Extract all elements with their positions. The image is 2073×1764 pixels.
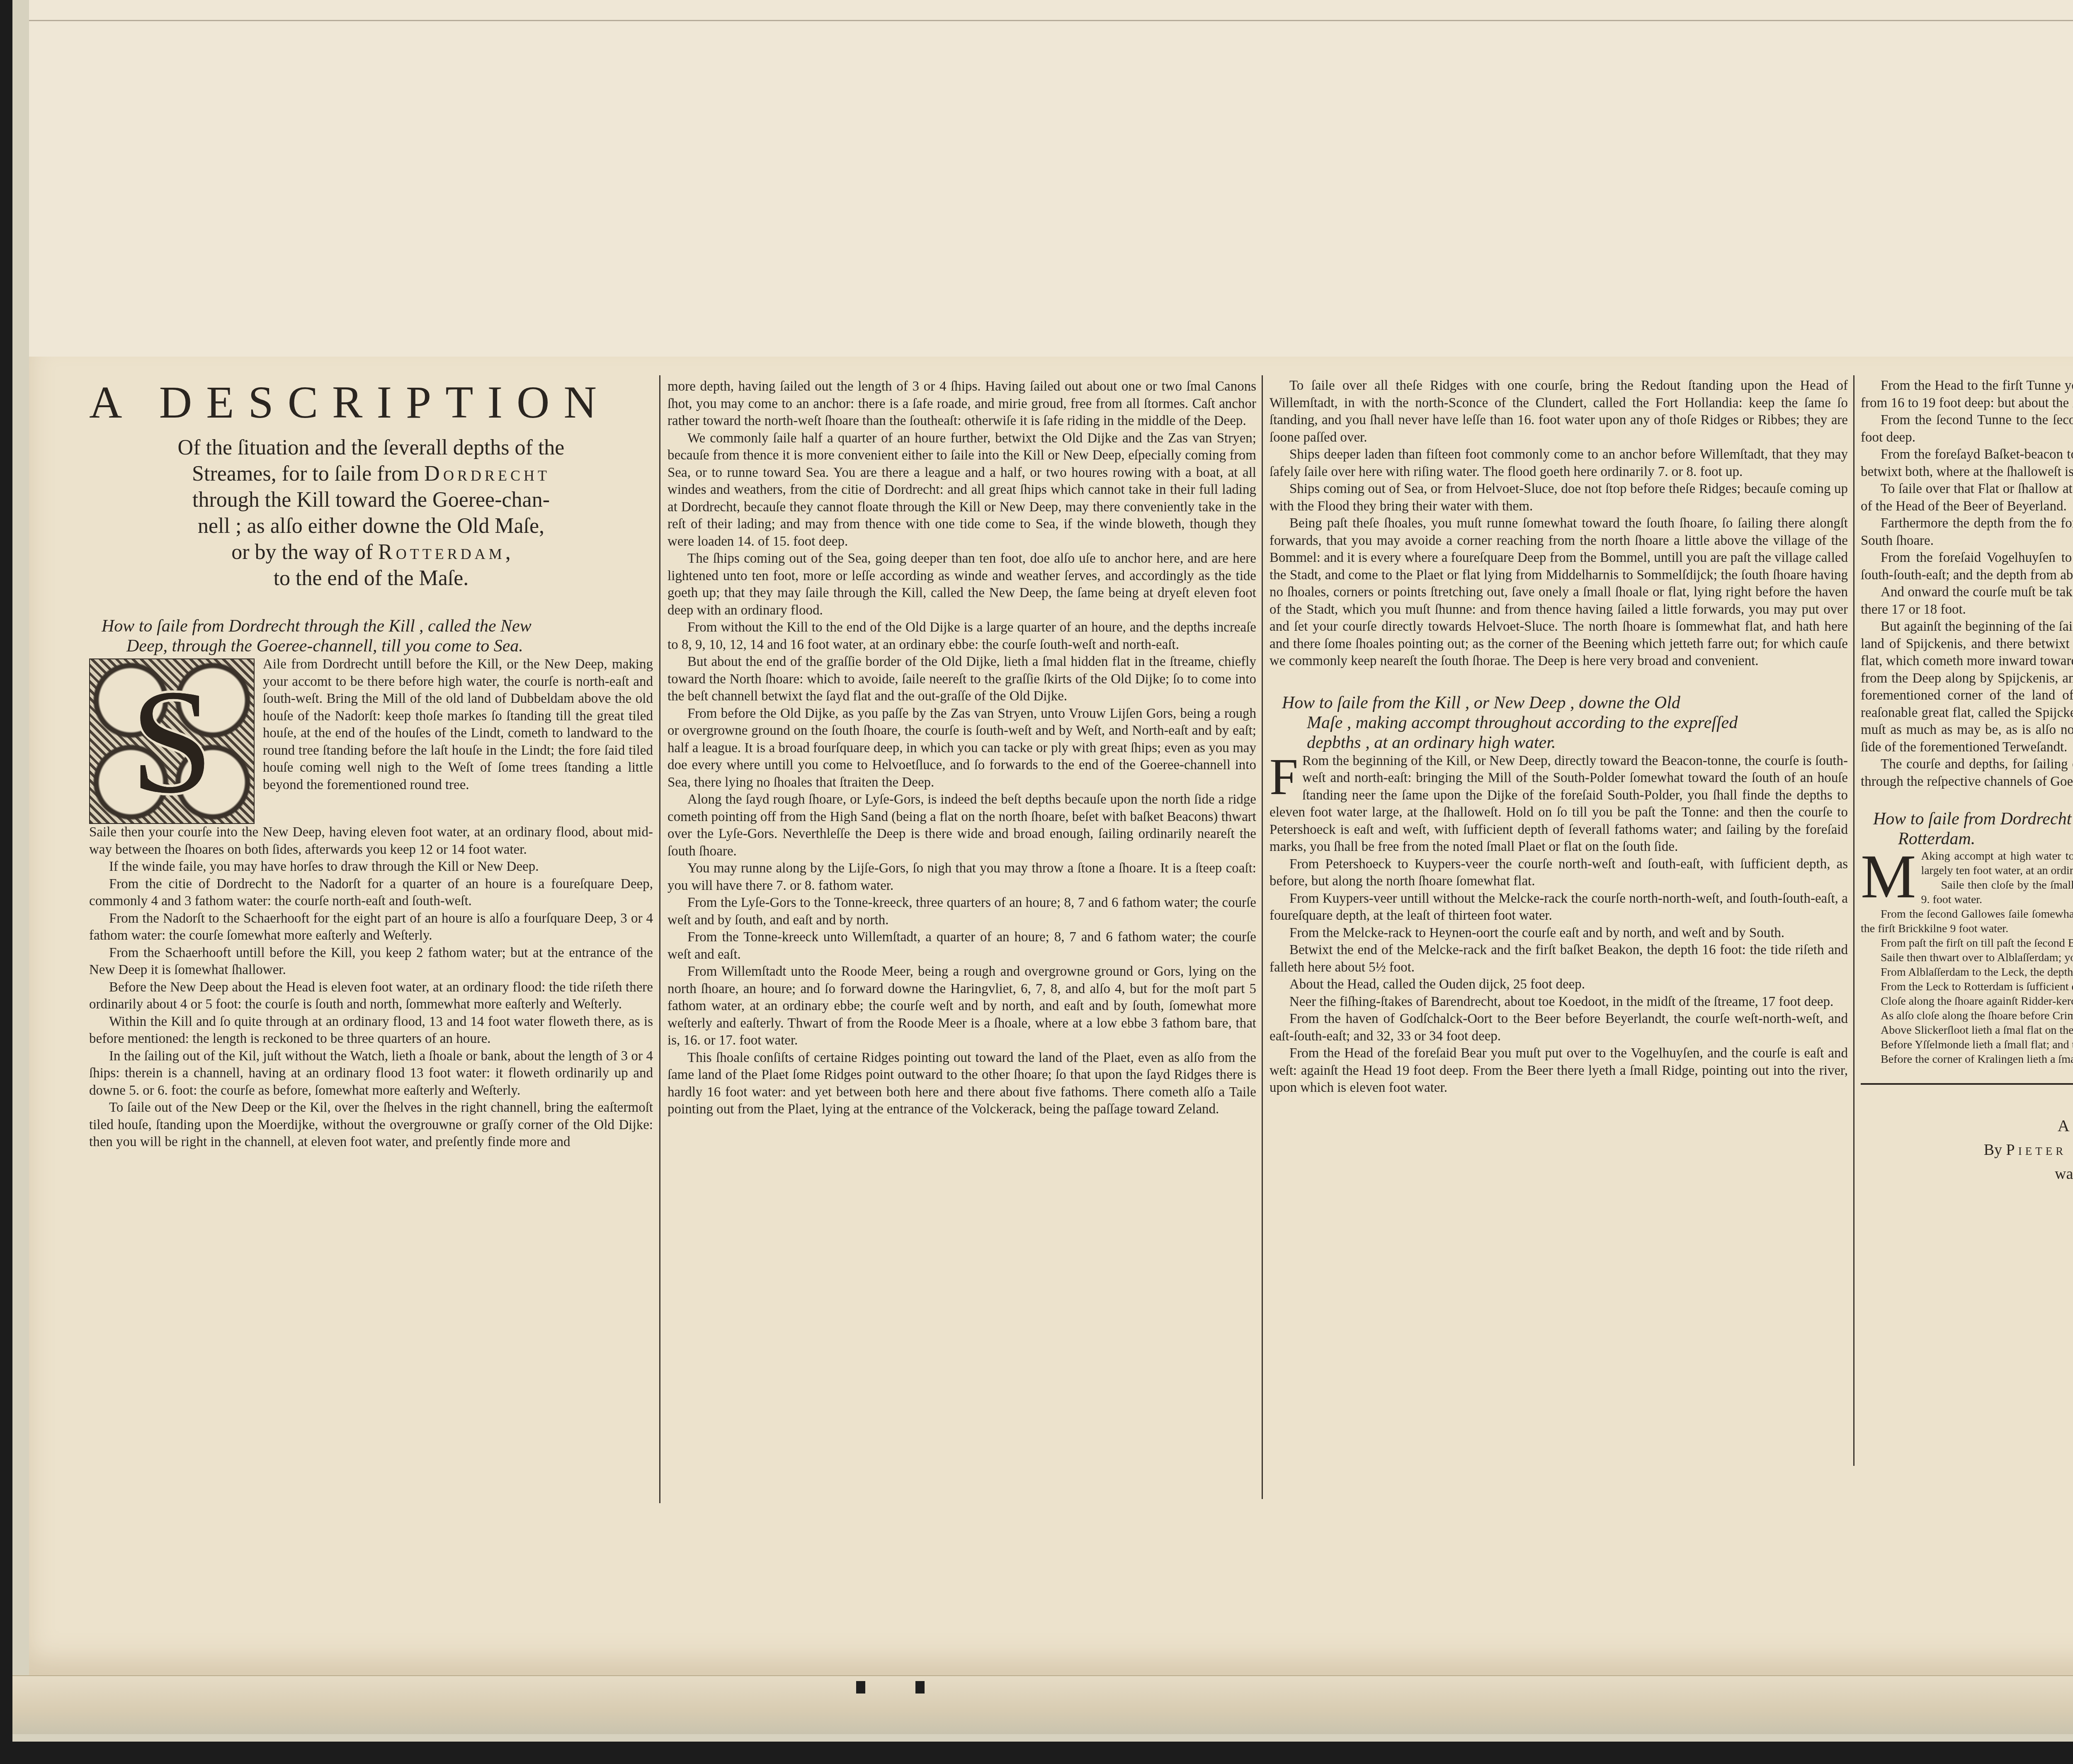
column-divider — [659, 375, 660, 1503]
column-3: To ſaile over all theſe Ridges with one … — [1270, 377, 1848, 1097]
initial-letter: M — [1861, 850, 1916, 904]
subtitle-line: or by the way of Rotterdam, — [89, 539, 653, 565]
section-heading-line: Rotterdam. — [1873, 829, 2073, 849]
paragraph: more depth, having ſailed out the length… — [668, 378, 1256, 430]
section-heading-line: depbths , at an ordinary high water. — [1282, 733, 1848, 753]
section-body: S Aile from Dordrecht untill before the … — [89, 656, 653, 824]
paragraph: From Kuypers-veer untill without the Mel… — [1270, 890, 1848, 925]
paragraph: From the Lyſe-Gors to the Tonne-kreeck, … — [668, 894, 1256, 929]
column-4: From the Head to the firſt Tunne you kee… — [1861, 377, 2073, 1186]
paragraph: To ſaile over that Flat or ſhallow at th… — [1861, 481, 2073, 515]
paragraph: From the haven of Godſchalck-Oort to the… — [1270, 1011, 1848, 1045]
paragraph: Ships deeper laden than fiſteen foot com… — [1270, 446, 1848, 481]
subtitle-text: Streames, for to ſaile from — [192, 462, 424, 486]
section-body: F Rom the beginning of the Kill, or New … — [1270, 753, 1848, 856]
paragraph: Before the corner of Kralingen lieth a ſ… — [1861, 1052, 2073, 1067]
paragraph: Neer the fiſhing-ſtakes of Barendrecht, … — [1270, 994, 1848, 1011]
bottom-binding-strip — [12, 1675, 2073, 1734]
section-body: M Aking accompt at high water to goe fro… — [1861, 849, 2073, 1067]
column-divider — [1262, 375, 1263, 1499]
registration-mark — [856, 1681, 865, 1694]
paragraph: To ſaile out of the New Deep or the Kil,… — [89, 1099, 653, 1151]
subtitle-line: Of the ſituation and the ſeverall depths… — [89, 435, 653, 461]
paragraph: From the foreſaid Vogelhuyſen to the Ter… — [1861, 549, 2073, 584]
paragraph: Before Yſſelmonde lieth a ſmall flat; an… — [1861, 1038, 2073, 1052]
paragraph: From Petershoeck to Kuypers-veer the cou… — [1270, 856, 1848, 890]
imprint-rule — [1861, 1083, 2073, 1085]
paragraph: Farthermore the depth from the forementi… — [1861, 515, 2073, 549]
paragraph: From paſt the firſt on till paſt the ſec… — [1861, 936, 2073, 950]
imprint-publisher: By Pieter Goos, vpon the niru-ſide Foreb… — [1861, 1138, 2073, 1162]
paragraph: Saile then your courſe into the New Deep… — [89, 824, 653, 858]
paragraph: From the ſecond Gallowes ſaile ſomewhat … — [1861, 907, 2073, 936]
paragraph: But about the end of the graſſie border … — [668, 654, 1256, 705]
subtitle-line: Streames, for to ſaile from Dordrecht — [89, 461, 653, 487]
paragraph: And onward the courſe muſt be taken alon… — [1861, 584, 2073, 618]
initial-letter: F — [1270, 754, 1298, 800]
paragraph: But againſt the beginning of the ſaid Te… — [1861, 618, 2073, 756]
section-heading: How to ſaile from Dordrecht through the … — [89, 616, 653, 656]
paragraph: The courſe and depths, for ſailing out t… — [1861, 756, 2073, 790]
paragraph: From without the Kill to the end of the … — [668, 619, 1256, 654]
column-1: A DESCRIPTION Of the ſituation and the ſ… — [89, 377, 653, 1151]
section-heading: How to ſaile from the Kill , or New Deep… — [1270, 693, 1848, 753]
paragraph: This ſhoale conſiſts of certaine Ridges … — [668, 1050, 1256, 1118]
paragraph: From the Nadorſt to the Schaerhooft for … — [89, 910, 653, 945]
paragraph: Betwixt the end of the Melcke-rack and t… — [1270, 942, 1848, 976]
place-name-dordrecht: Dordrecht — [424, 462, 550, 486]
paragraph: Saile then thwart over to Alblaſſerdam; … — [1861, 950, 2073, 965]
paragraph: To ſaile over all theſe Ridges with one … — [1270, 377, 1848, 446]
imprint-text: By — [1984, 1141, 2006, 1159]
section-heading-line: How to ſaile from Dordrecht through the … — [1873, 809, 2073, 829]
paragraph: We commonly ſaile half a quarter of an h… — [668, 430, 1256, 551]
paragraph: Within the Kill and ſo quite through at … — [89, 1013, 653, 1048]
column-divider — [1853, 375, 1855, 1466]
page-title: A DESCRIPTION — [89, 377, 653, 427]
ornamental-initial-icon: S — [89, 658, 255, 824]
registration-mark — [915, 1681, 925, 1694]
imprint-city: AMSTERDAM, — [1861, 1114, 2073, 1138]
section-heading-line: Maſe , making accompt throughout accordi… — [1282, 713, 1848, 733]
paragraph: From before the Old Dijke, as you paſſe … — [668, 705, 1256, 792]
paragraph: From the Head of the foreſaid Bear you m… — [1270, 1045, 1848, 1097]
paragraph: Along the ſayd rough ſhoare, or Lyſe-Gor… — [668, 791, 1256, 860]
section-heading-line: How to ſaile from Dordrecht through the … — [102, 617, 532, 636]
subtitle-line: through the Kill toward the Goeree-chan- — [89, 487, 653, 513]
paragraph: You may runne along by the Lijſe-Gors, ſ… — [668, 860, 1256, 894]
upper-blank-leaf — [29, 0, 2073, 366]
page-subtitle: Of the ſituation and the ſeverall depths… — [89, 435, 653, 591]
imprint: AMSTERDAM, By Pieter Goos, vpon the niru… — [1861, 1114, 2073, 1186]
paragraph: From Willemſtadt unto the Roode Meer, be… — [668, 963, 1256, 1050]
paragraph: Rom the beginning of the Kill, or New De… — [1270, 753, 1848, 856]
paragraph: Above Slickerſloot lieth a ſmal flat on … — [1861, 1023, 2073, 1038]
subtitle-line: to the end of the Maſe. — [89, 565, 653, 591]
section-heading-line: Deep, through the Goeree-channell, till … — [102, 636, 653, 656]
paragraph: In the ſailing out of the Kil, juſt with… — [89, 1048, 653, 1100]
paragraph: The ſhips coming out of the Sea, going d… — [668, 550, 1256, 619]
paragraph: From the Tonne-kreeck unto Willemſtadt, … — [668, 929, 1256, 963]
column-2: more depth, having ſailed out the length… — [668, 378, 1256, 1118]
publisher-name: Pieter Goos — [2006, 1141, 2073, 1159]
fold-line — [29, 20, 2073, 21]
paragraph: From the ſecond Tunne to the ſecond Baſk… — [1861, 412, 2073, 446]
paragraph: From the Melcke-rack to Heynen-oort the … — [1270, 925, 1848, 942]
paragraph: From the citie of Dordrecht to the Nador… — [89, 876, 653, 910]
paragraph: From Alblaſſerdam to the Leck, the depth… — [1861, 965, 2073, 979]
subtitle-text: or by the way of — [231, 540, 378, 564]
paragraph: From the Leck to Rotterdam is ſufficient… — [1861, 979, 2073, 994]
paragraph: Being paſt theſe ſhoales, you muſt runne… — [1270, 515, 1848, 670]
paragraph: From the Head to the firſt Tunne you kee… — [1861, 377, 2073, 412]
paragraph: As alſo cloſe along the ſhoare before Cr… — [1861, 1008, 2073, 1023]
paragraph: From the foreſayd Baſket-beacon to the V… — [1861, 446, 2073, 481]
subtitle-line: nell ; as alſo either downe the Old Maſe… — [89, 513, 653, 539]
initial-letter: S — [90, 659, 254, 823]
paragraph: About the Head, called the Ouden dijck, … — [1270, 976, 1848, 994]
section-heading-line: How to ſaile from the Kill , or New Deep… — [1282, 693, 1680, 712]
subtitle-text: , — [505, 540, 511, 564]
paragraph: If the winde faile, you may have horſes … — [89, 858, 653, 876]
paragraph: Before the New Deep about the Head is el… — [89, 979, 653, 1013]
imprint-date: wal, in the Sea-Mirrour. 1671. — [1861, 1162, 2073, 1186]
place-name-rotterdam: Rotterdam — [378, 540, 505, 564]
paragraph: Ships coming out of Sea, or from Helvoet… — [1270, 481, 1848, 515]
paragraph: Cloſe along the ſhoare againſt Ridder-ke… — [1861, 994, 2073, 1008]
paragraph: From the Schaerhooft untill before the K… — [89, 945, 653, 979]
